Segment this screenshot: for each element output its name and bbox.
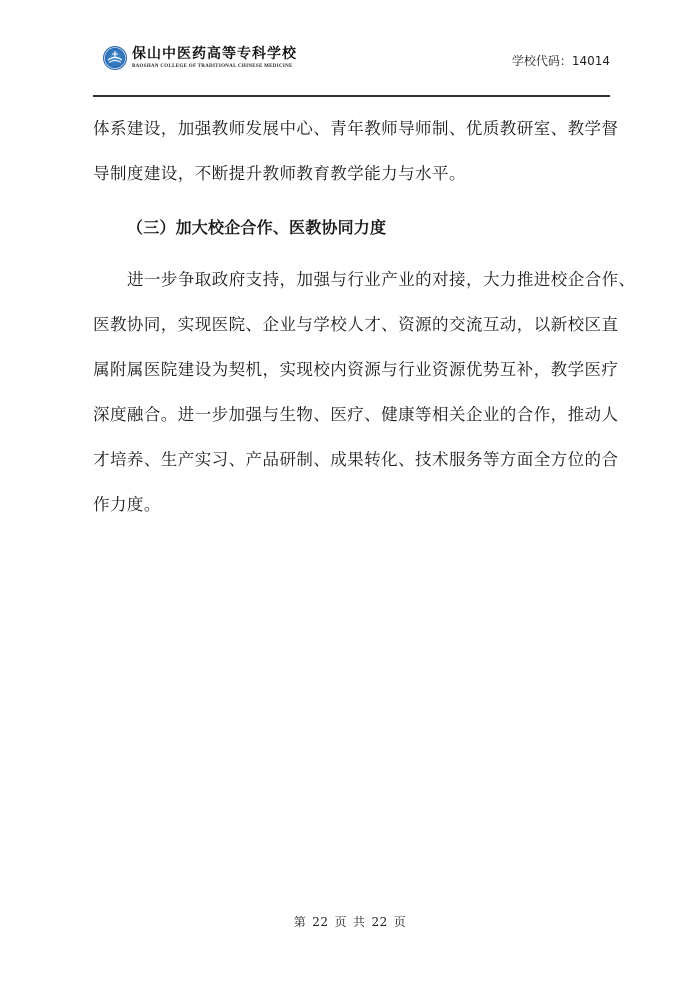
text-line: 体系建设，加强教师发展中心、青年教师导师制、优质教研室、教学督 bbox=[93, 116, 610, 161]
school-name-cn: 保山中医药高等专科学校 bbox=[132, 47, 297, 61]
school-name-en: BAOSHAN COLLEGE OF TRADITIONAL CHINESE M… bbox=[132, 64, 297, 69]
text-line: 导制度建设，不断提升教师教育教学能力与水平。 bbox=[93, 161, 610, 206]
total-prefix: 共 bbox=[353, 915, 366, 929]
page-prefix: 第 bbox=[294, 915, 307, 929]
text-line: 医教协同，实现医院、企业与学校人才、资源的交流互动，以新校区直 bbox=[93, 312, 610, 357]
school-emblem-icon bbox=[103, 46, 127, 70]
school-logo: 保山中医药高等专科学校 BAOSHAN COLLEGE OF TRADITION… bbox=[103, 46, 297, 70]
school-code: 学校代码：14014 bbox=[512, 52, 610, 69]
text-line: 作力度。 bbox=[93, 492, 610, 537]
text-line: 进一步争取政府支持，加强与行业产业的对接，大力推进校企合作、 bbox=[93, 267, 610, 312]
page-word: 页 bbox=[334, 915, 347, 929]
text-line: 才培养、生产实习、产品研制、成果转化、技术服务等方面全方位的合 bbox=[93, 447, 610, 492]
document-body: 体系建设，加强教师发展中心、青年教师导师制、优质教研室、教学督 导制度建设，不断… bbox=[93, 116, 610, 537]
text-line: 深度融合。进一步加强与生物、医疗、健康等相关企业的合作，推动人 bbox=[93, 402, 610, 447]
page-header: 保山中医药高等专科学校 BAOSHAN COLLEGE OF TRADITION… bbox=[93, 40, 610, 80]
section-heading: （三）加大校企合作、医教协同力度 bbox=[93, 215, 610, 267]
text-line: 属附属医院建设为契机，实现校内资源与行业资源优势互补，教学医疗 bbox=[93, 357, 610, 402]
total-pages-number: 22 bbox=[372, 915, 388, 929]
page-footer: 第22页共22页 bbox=[0, 913, 700, 930]
current-page-number: 22 bbox=[312, 915, 328, 929]
total-word: 页 bbox=[394, 915, 407, 929]
header-divider bbox=[93, 95, 610, 97]
